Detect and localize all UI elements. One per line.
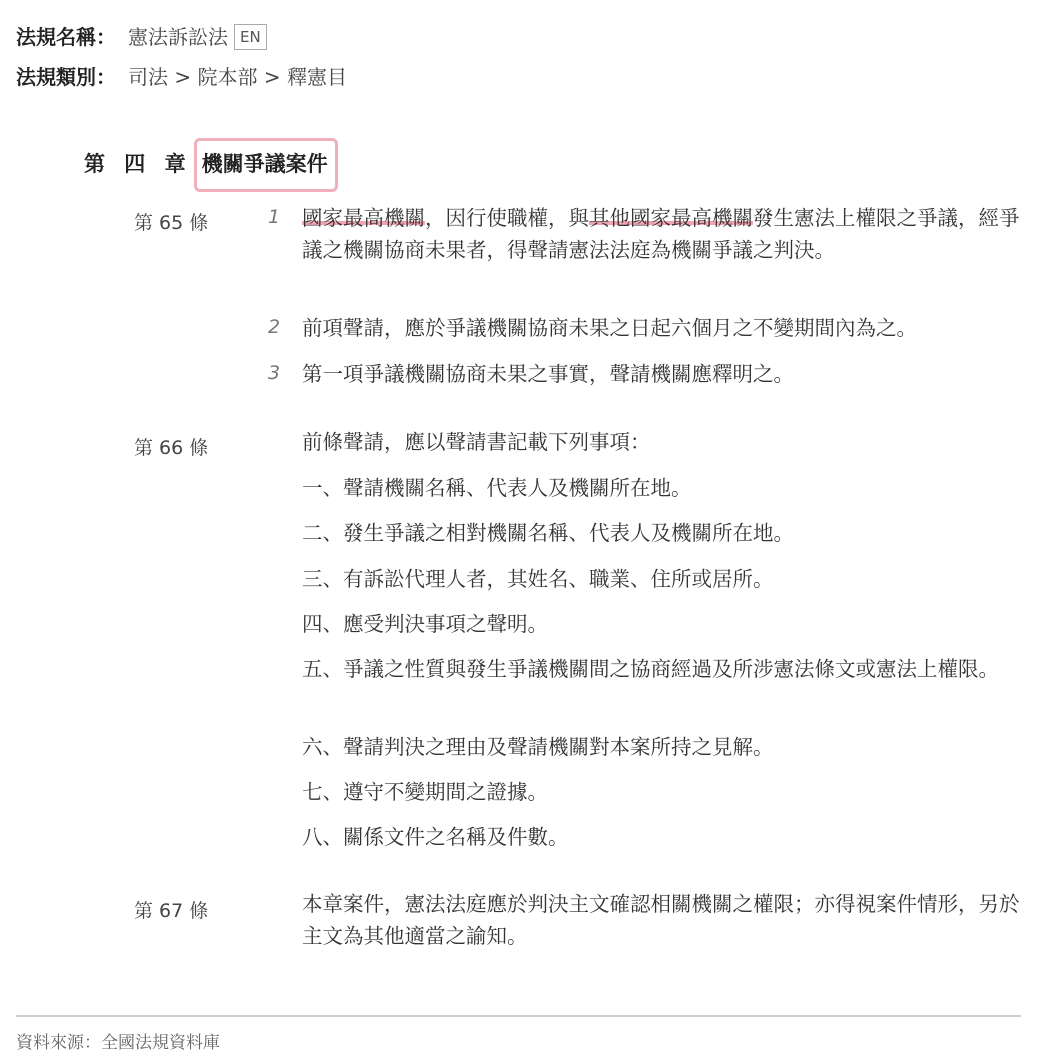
list-item: 四、應受判決事項之聲明。 — [302, 608, 1032, 640]
article-65-paragraph-1: 國家最高機關，因行使職權，與其他國家最高機關發生憲法上權限之爭議，經爭議之機關協… — [302, 202, 1032, 266]
data-source: 資料來源：全國法規資料庫 — [16, 1028, 220, 1053]
list-item: 七、遵守不變期間之證據。 — [302, 776, 1032, 808]
law-name-value: 憲法訴訟法 — [128, 22, 228, 52]
law-category-label: 法規類別： — [16, 62, 116, 92]
paragraph-number: 1 — [268, 206, 280, 228]
law-name-label: 法規名稱： — [16, 22, 116, 52]
law-category-row: 法規類別： 司法 > 院本部 > 釋憲目 — [16, 62, 347, 92]
list-item: 三、有訴訟代理人者，其姓名、職業、住所或居所。 — [302, 563, 1032, 595]
chapter-heading: 第 四 章 機關爭議案件 — [84, 148, 330, 178]
article-65-number[interactable]: 第 65 條 — [134, 208, 208, 235]
law-category-breadcrumb: 司法 > 院本部 > 釋憲目 — [128, 62, 347, 92]
article-65-paragraph-2: 前項聲請，應於爭議機關協商未果之日起六個月之不變期間內為之。 — [302, 312, 1032, 344]
highlighted-phrase: 國家最高機關 — [302, 206, 425, 230]
article-67-number[interactable]: 第 67 條 — [134, 896, 208, 923]
list-item: 二、發生爭議之相對機關名稱、代表人及機關所在地。 — [302, 517, 1032, 549]
article-65-paragraph-3: 第一項爭議機關協商未果之事實，聲請機關應釋明之。 — [302, 358, 1032, 390]
paragraph-number: 2 — [268, 316, 280, 338]
article-66-intro: 前條聲請，應以聲請書記載下列事項： — [302, 426, 1032, 458]
footer-divider — [16, 1015, 1021, 1017]
paragraph-number: 3 — [268, 362, 280, 384]
list-item: 五、爭議之性質與發生爭議機關間之協商經過及所涉憲法條文或憲法上權限。 — [302, 653, 1032, 685]
article-66-number[interactable]: 第 66 條 — [134, 433, 208, 460]
list-item: 六、聲請判決之理由及聲請機關對本案所持之見解。 — [302, 731, 1032, 763]
chapter-title: 機關爭議案件 — [200, 148, 330, 178]
chapter-number: 第 四 章 — [84, 148, 192, 178]
law-name-row: 法規名稱： 憲法訴訟法 EN — [16, 22, 267, 52]
list-item: 八、關係文件之名稱及件數。 — [302, 821, 1032, 853]
highlighted-phrase: 其他國家最高機關 — [589, 206, 753, 230]
english-version-button[interactable]: EN — [234, 24, 267, 50]
paragraph-text: ，因行使職權，與 — [425, 206, 589, 230]
list-item: 一、聲請機關名稱、代表人及機關所在地。 — [302, 472, 1032, 504]
article-67-text: 本章案件，憲法法庭應於判決主文確認相關機關之權限；亦得視案件情形，另於主文為其他… — [302, 888, 1032, 952]
